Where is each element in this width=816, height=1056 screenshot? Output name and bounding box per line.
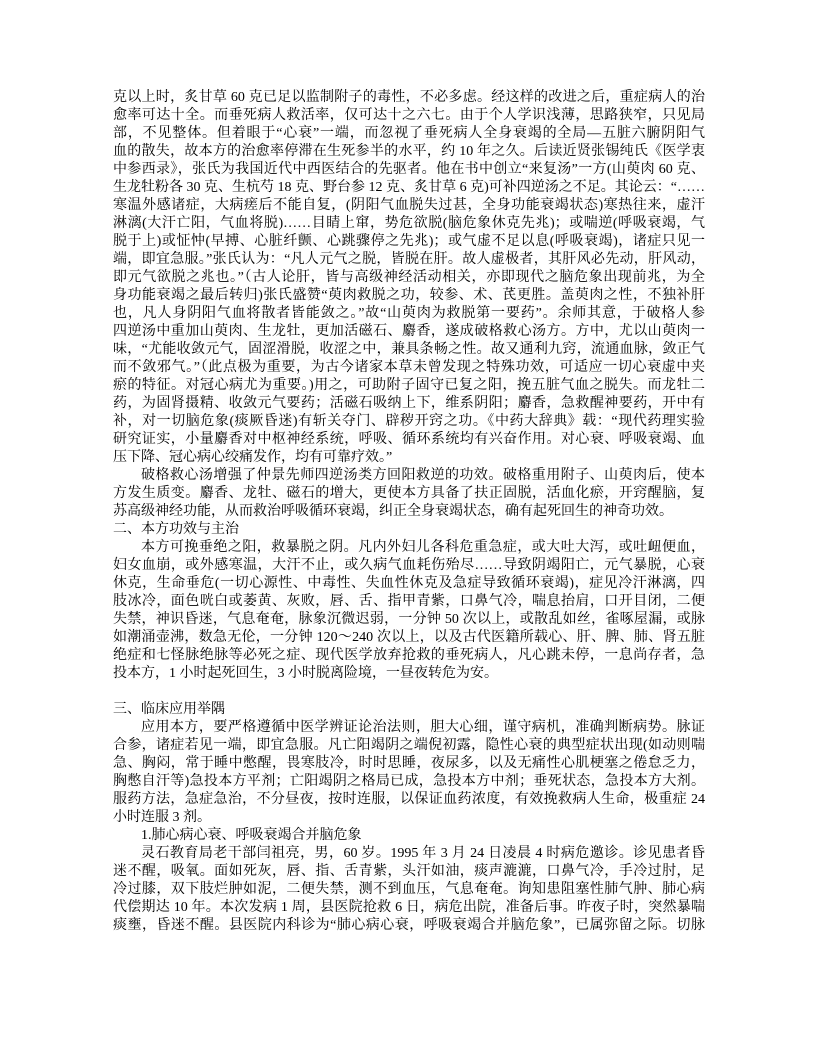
text-line: 端，即宜急服。”张氏认为：“凡人元气之脱，皆脱在肝。故人虚极者，其肝风必先动，肝… bbox=[113, 251, 705, 269]
text-line: 愈率可达十全。而垂死病人救活率，仅可达十之六七。由于个人学识浅薄，思路狭窄，只见… bbox=[113, 107, 705, 125]
text-line: 而不敛邪气。”（此点极为重要，为古今诸家本草未曾发现之特殊功效，可适应一切心衰虚… bbox=[113, 359, 705, 377]
text-line: 灵石教育局老干部闫祖亮，男，60 岁。1995 年 3 月 24 日凌晨 4 时… bbox=[113, 845, 705, 863]
text-line: 四逆汤中重加山萸肉、生龙牡，更加活磁石、麝香，遂成破格救心汤方。方中，尤以山萸肉… bbox=[113, 323, 705, 341]
text-line: 部，不见整体。但着眼于“心衰”一端，而忽视了垂死病人全身衰竭的全局—五脏六腑阴阳… bbox=[113, 125, 705, 143]
text-line: 苏高级神经功能，从而救治呼吸循环衰竭，纠正全身衰竭状态，确有起死回生的神奇功效。 bbox=[113, 503, 705, 521]
text-line: 即元气欲脱之兆也。”（古人论肝，皆与高级神经活动相关，亦即现代之脑危象出现前兆，… bbox=[113, 269, 705, 287]
text-line: 破格救心汤增强了仲景先师四逆汤类方回阳救逆的功效。破格重用附子、山萸肉后，使本 bbox=[113, 467, 705, 485]
text-line: 投本方，1 小时起死回生，3 小时脱离险境，一昼夜转危为安。 bbox=[113, 665, 705, 683]
text-line: 绝症和七怪脉绝脉等必死之症、现代医学放弃抢救的垂死病人，凡心跳未停，一息尚存者，… bbox=[113, 647, 705, 665]
text-line: 失禁，神识昏迷，气息奄奄，脉象沉微迟弱，一分钟 50 次以上，或散乱如丝，雀啄屋… bbox=[113, 611, 705, 629]
text-line: 肢冰冷，面色咣白或萎黄、灰败，唇、舌、指甲青紫，口鼻气冷，喘息抬肩，口开目闭，二… bbox=[113, 593, 705, 611]
section-heading: 二、本方功效与主治 bbox=[113, 521, 705, 539]
text-line: 方发生质变。麝香、龙牡、磁石的增大，更使本方具备了扶正固脱，活血化瘀，开窍醒脑，… bbox=[113, 485, 705, 503]
text-line: 压下降、冠心病心绞痛发作，均有可靠疗效。” bbox=[113, 449, 705, 467]
document-page: 克以上时，炙甘草 60 克已足以监制附子的毒性，不必多虑。经这样的改进之后，重症… bbox=[0, 0, 816, 1056]
text-line: 痰壅，昏迷不醒。县医院内科诊为“肺心病心衰，呼吸衰竭合并脑危象”，已属弥留之际。… bbox=[113, 917, 705, 935]
text-line: 休克，生命垂危(一切心源性、中毒性、失血性休克及急症导致循环衰竭)，症见冷汗淋漓… bbox=[113, 575, 705, 593]
text-line: 如潮涌壶沸，数急无伦，一分钟 120～240 次以上，以及古代医籍所载心、肝、脾… bbox=[113, 629, 705, 647]
section-heading: 三、临床应用举隅 bbox=[113, 701, 705, 719]
text-line: 中参西录》，张氏为我国近代中西医结合的先驱者。他在书中创立“来复汤”一方(山萸肉… bbox=[113, 161, 705, 179]
text-line: 也，凡人身阴阳气血将散者皆能敛之。”故“山萸肉为救脱第一要药”。余师其意，于破格… bbox=[113, 305, 705, 323]
text-line: 急、胸闷，常于睡中憋醒，畏寒肢冷，时时思睡，夜尿多，以及无痛性心肌梗塞之倦怠乏力… bbox=[113, 755, 705, 773]
text-line: 瘀的特征。对冠心病尤为重要。)用之，可助附子固守已复之阳，挽五脏气血之脱失。而龙… bbox=[113, 377, 705, 395]
text-line: 寒温外感诸症，大病瘥后不能自复，(阴阳气血脱失过甚，全身功能衰竭状态)寒热往来，… bbox=[113, 197, 705, 215]
text-line: 研究证实，小量麝香对中枢神经系统，呼吸、循环系统均有兴奋作用。对心衰、呼吸衰竭、… bbox=[113, 431, 705, 449]
text-lines: 克以上时，炙甘草 60 克已足以监制附子的毒性，不必多虑。经这样的改进之后，重症… bbox=[113, 89, 705, 935]
text-line: 生龙牡粉各 30 克、生杭芍 18 克、野台参 12 克、炙甘草 6 克)可补四… bbox=[113, 179, 705, 197]
text-line: 淋漓(大汗亡阳，气血将脱)……目睛上窜，势危欲脱(脑危象休克先兆)；或喘逆(呼吸… bbox=[113, 215, 705, 233]
blank-line bbox=[113, 683, 705, 701]
text-line: 合参，诸症若见一端，即宜急服。凡亡阳竭阴之端倪初露，隐性心衰的典型症状出现(如动… bbox=[113, 737, 705, 755]
text-line: 本方可挽垂绝之阳，救暴脱之阴。凡内外妇儿各科危重急症，或大吐大泻，或吐衄便血， bbox=[113, 539, 705, 557]
text-line: 补，对一切脑危象(痰厥昏迷)有斩关夺门、辟秽开窍之功。《中药大辞典》载：“现代药… bbox=[113, 413, 705, 431]
text-line: 克以上时，炙甘草 60 克已足以监制附子的毒性，不必多虑。经这样的改进之后，重症… bbox=[113, 89, 705, 107]
text-line: 应用本方，要严格遵循中医学辨证论治法则，胆大心细，谨守病机，准确判断病势。脉证 bbox=[113, 719, 705, 737]
text-line: 味，“尤能收敛元气，固涩滑脱，收涩之中，兼具条畅之性。故又通利九窍，流通血脉，敛… bbox=[113, 341, 705, 359]
text-line: 小时连服 3 剂。 bbox=[113, 809, 705, 827]
text-line: 冷过膝，双下肢烂肿如泥，二便失禁，测不到血压，气息奄奄。询知患阻塞性肺气肿、肺心… bbox=[113, 881, 705, 899]
text-line: 血的散失，故本方的治愈率停滞在生死参半的水平，约 10 年之久。后读近贤张锡纯氏… bbox=[113, 143, 705, 161]
text-line: 服药方法，急症急治，不分昼夜，按时连服，以保证血药浓度，有效挽救病人生命，极重症… bbox=[113, 791, 705, 809]
text-line: 胸憋自汗等)急投本方平剂；亡阳竭阴之格局已成，急投本方中剂；垂死状态，急投本方大… bbox=[113, 773, 705, 791]
text-line: 妇女血崩，或外感寒温，大汗不止，或久病气血耗伤殆尽……导致阴竭阳亡，元气暴脱，心… bbox=[113, 557, 705, 575]
text-line: 身功能衰竭之最后转归)张氏盛赞“萸肉救脱之功，较参、术、芪更胜。盖萸肉之性，不独… bbox=[113, 287, 705, 305]
text-line: 代偿期达 10 年。本次发病 1 周，县医院抢救 6 日，病危出院，准备后事。昨… bbox=[113, 899, 705, 917]
text-line: 药，为固肾摄精、收敛元气要药；活磁石吸纳上下，维系阴阳；麝香，急救醒神要药，开中… bbox=[113, 395, 705, 413]
section-heading: 1.肺心病心衰、呼吸衰竭合并脑危象 bbox=[113, 827, 705, 845]
text-line: 脱于上)或怔忡(早搏、心脏纤颤、心跳骤停之先兆)；或气虚不足以息(呼吸衰竭)，诸… bbox=[113, 233, 705, 251]
text-line: 迷不醒，吸氧。面如死灰，唇、指、舌青紫，头汗如油，痰声漉漉，口鼻气冷，手冷过肘，… bbox=[113, 863, 705, 881]
